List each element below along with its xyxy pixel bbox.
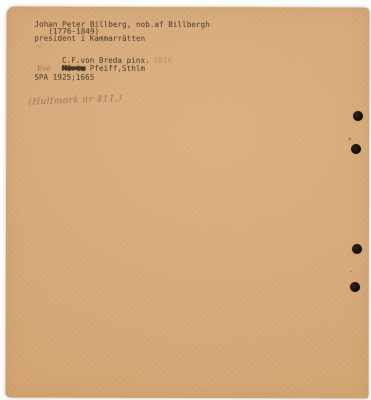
scanned-card-page: Johan Peter Billberg, nob.af Billbergh (… xyxy=(0,0,371,400)
punch-hole-1 xyxy=(353,111,363,121)
catalog-card-paper: Johan Peter Billberg, nob.af Billbergh (… xyxy=(5,7,369,399)
sitter-title-line: president i Kammarrätten xyxy=(34,35,145,42)
engraver-text: Pfeiff,Sthlm xyxy=(85,64,145,73)
pencil-year-note: 1816 xyxy=(154,56,172,65)
paper-speck xyxy=(350,270,352,272)
punch-hole-3 xyxy=(352,244,362,254)
struck-out-name: Märta xyxy=(62,64,85,73)
pencil-name-correction: Eva xyxy=(37,64,51,72)
handwritten-hultmark-note: (Hultmark nr 411.) xyxy=(28,94,122,108)
punch-hole-2 xyxy=(351,144,361,154)
paper-speck xyxy=(348,137,351,140)
punch-hole-4 xyxy=(350,282,360,292)
reference-number-line: SPA 1925;1665 xyxy=(34,74,94,81)
